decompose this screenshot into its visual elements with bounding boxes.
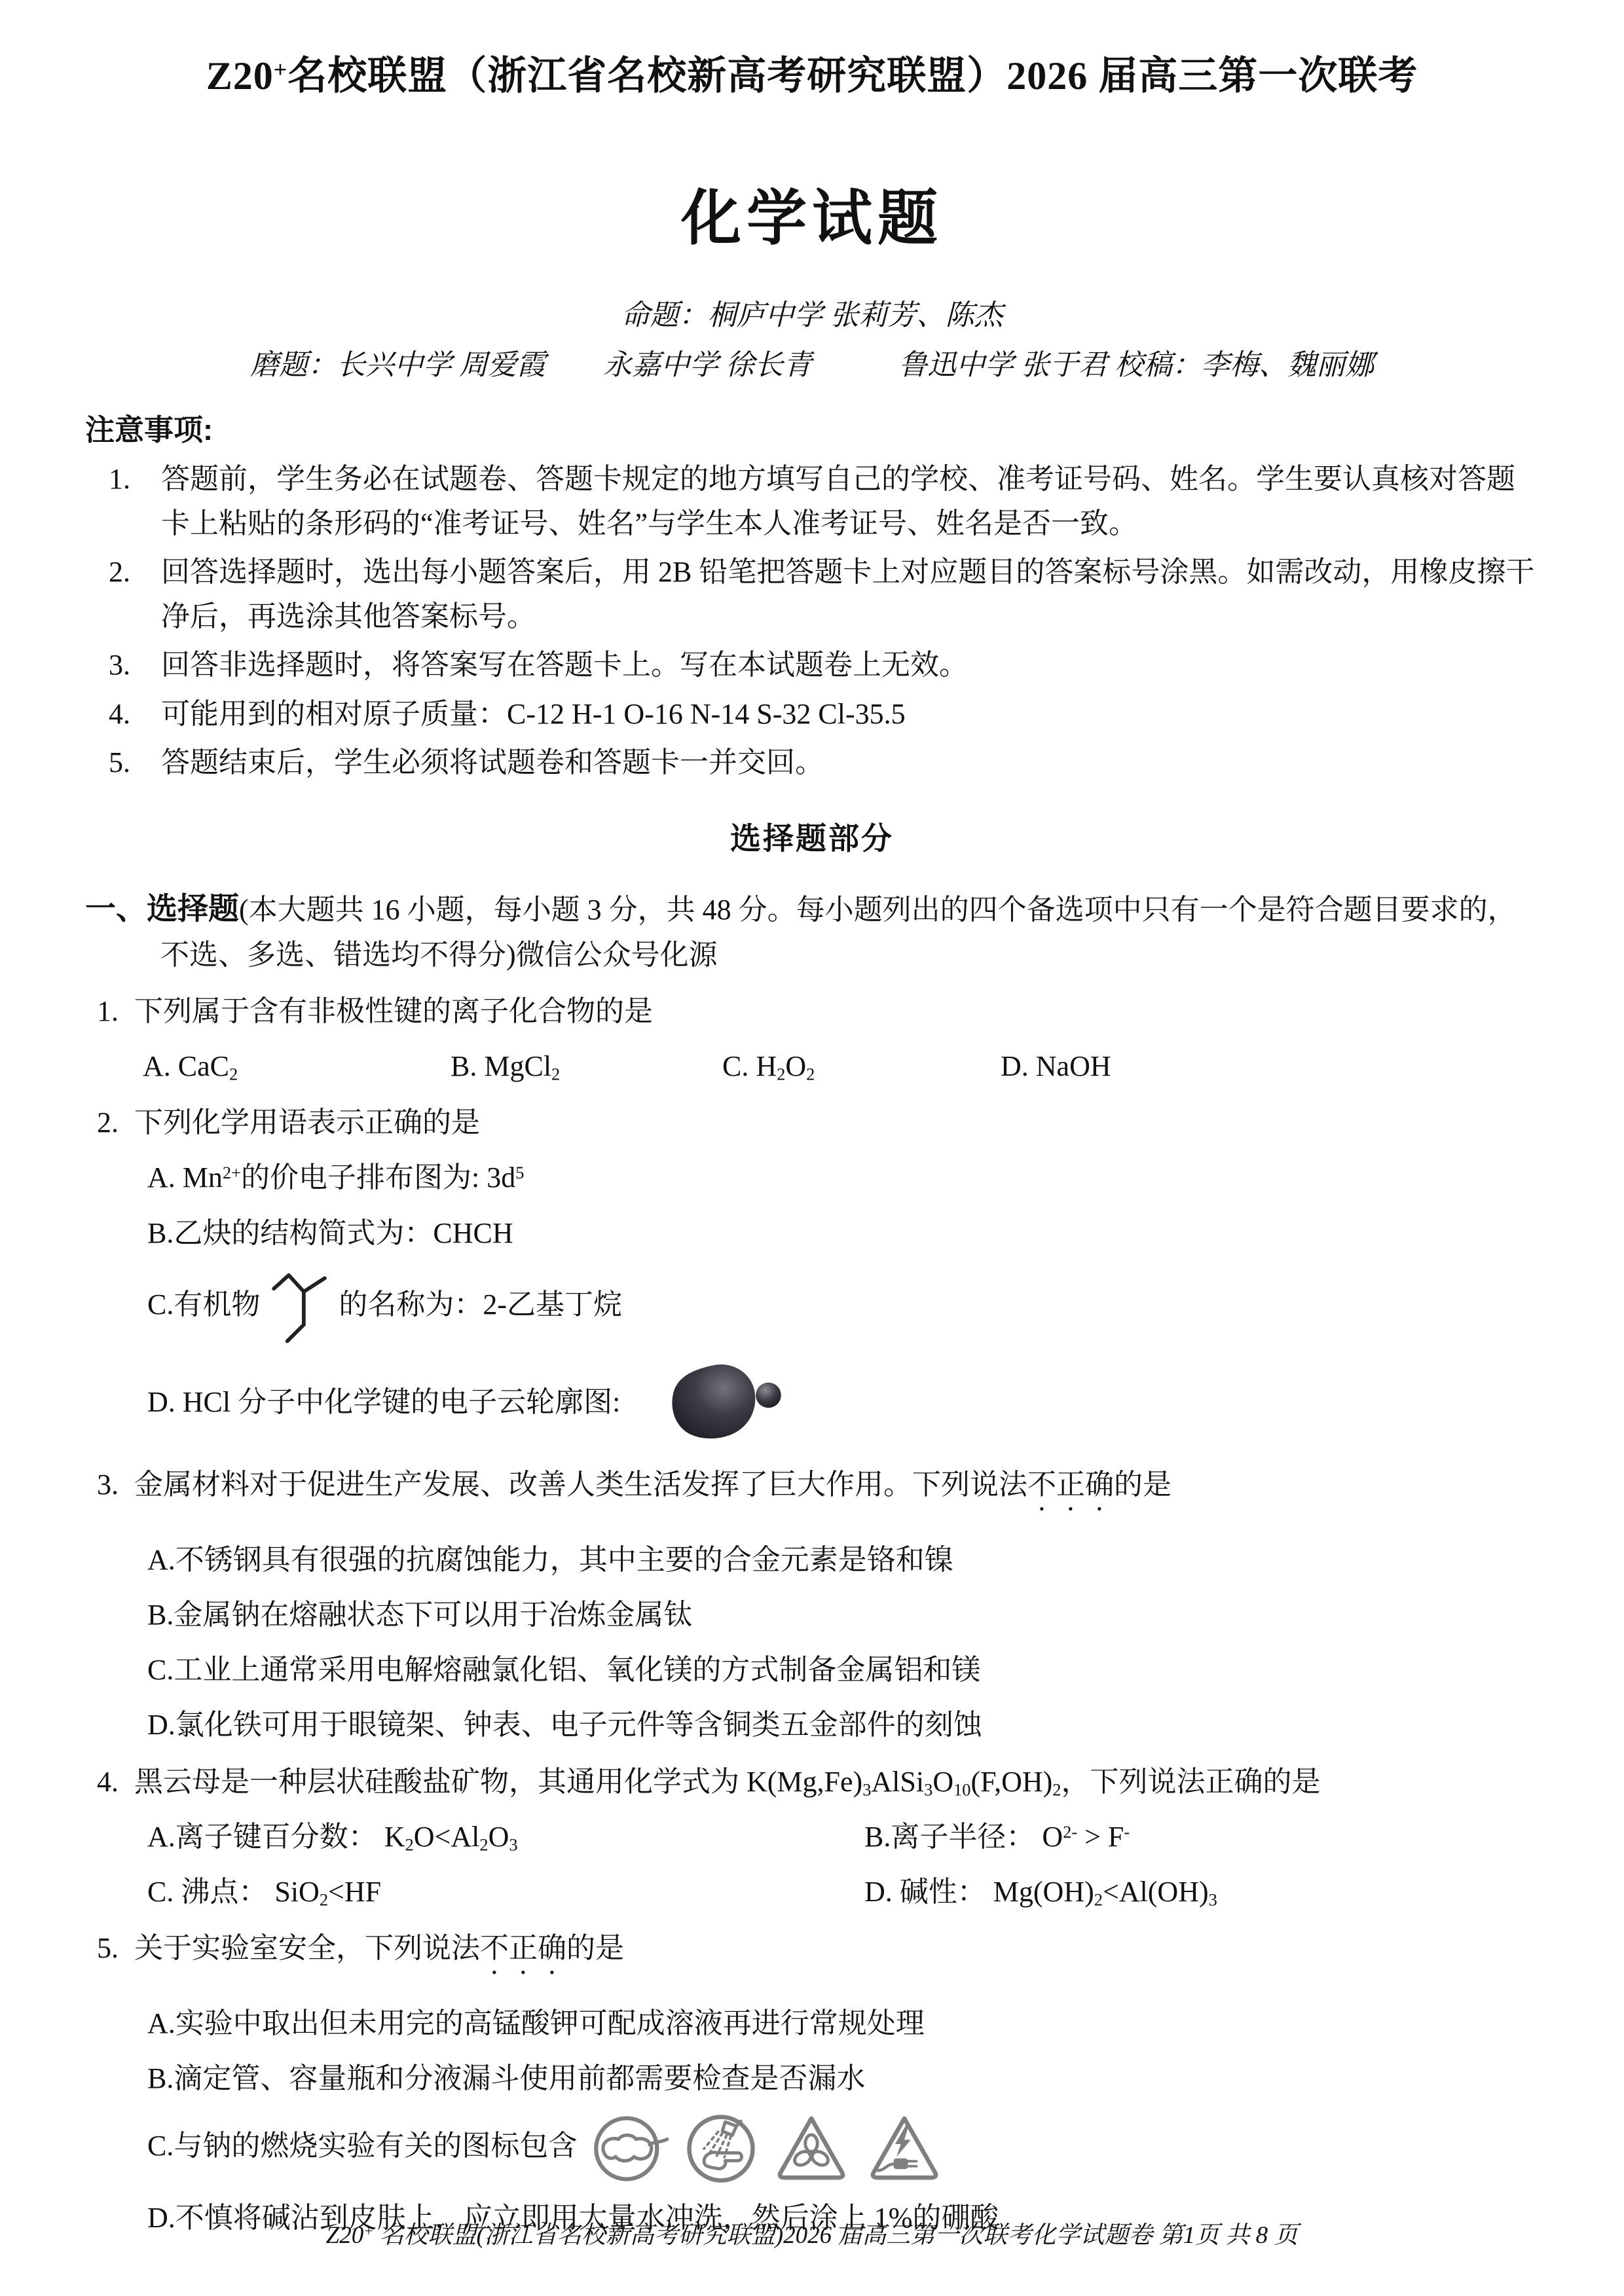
section-intro: 一、选择题(本大题共 16 小题，每小题 3 分，共 48 分。每小题列出的四个… (85, 885, 1539, 977)
question-number: 1. (97, 989, 119, 1034)
skeletal-formula-icon (269, 1266, 329, 1349)
option-a: A. CaC2 (143, 1044, 451, 1089)
question-number: 5. (97, 1926, 119, 1971)
option-a: A.实验中取出但未用完的高锰酸钾可配成溶液再进行常规处理 (85, 2001, 1539, 2046)
notice-item: 1. 答题前，学生务必在试题卷、答题卡规定的地方填写自己的学校、准考证号码、姓名… (85, 457, 1539, 546)
option-b: B.滴定管、容量瓶和分液漏斗使用前都需要检查是否漏水 (85, 2056, 1539, 2101)
question-4: 4. 黑云母是一种层状硅酸盐矿物，其通用化学式为 K(Mg,Fe)3AlSi3O… (85, 1760, 1539, 1915)
question-stem-text: 下列属于含有非极性键的离子化合物的是 (134, 995, 653, 1027)
notice-heading: 注意事项: (85, 407, 1539, 453)
notice-item: 2. 回答选择题时，选出每小题答案后，用 2B 铅笔把答题卡上对应题目的答案标号… (85, 550, 1539, 639)
question-3: 3. 金属材料对于促进生产发展、改善人类生活发挥了巨大作用。下列说法不正确的是 … (85, 1463, 1539, 1748)
question-stem-text: 金属材料对于促进生产发展、改善人类生活发挥了巨大作用。下列说法不正确的是 (134, 1468, 1172, 1501)
question-2-stem: 2. 下列化学用语表示正确的是 (85, 1101, 1539, 1145)
option-c: C. 沸点： SiO2<HF (147, 1870, 864, 1914)
question-1-stem: 1. 下列属于含有非极性键的离子化合物的是 (85, 989, 1539, 1034)
notice-item: 5. 答题结束后，学生必须将试题卷和答题卡一并交回。 (85, 740, 1539, 785)
option-a: A. Mn2+的价电子排布图为: 3d5 (85, 1156, 1539, 1200)
question-4-options: A.离子键百分数： K2O<Al2O3 B.离子半径： O2- > F- C. … (85, 1815, 1539, 1914)
notice-item: 4. 可能用到的相对原子质量：C-12 H-1 O-16 N-14 S-32 C… (85, 692, 1539, 737)
question-3-stem: 3. 金属材料对于促进生产发展、改善人类生活发挥了巨大作用。下列说法不正确的是 (85, 1463, 1539, 1517)
question-5-stem: 5. 关于实验室安全，下列说法不正确的是 (85, 1926, 1539, 1980)
option-c-prefix: C.有机物 (147, 1288, 260, 1321)
question-4-stem: 4. 黑云母是一种层状硅酸盐矿物，其通用化学式为 K(Mg,Fe)3AlSi3O… (85, 1760, 1539, 1804)
page-title: Z20+名校联盟（浙江省名校新高考研究联盟）2026 届高三第一次联考 (85, 46, 1539, 107)
section-intro-text: (本大题共 16 小题，每小题 3 分，共 48 分。每小题列出的四个备选项中只… (160, 894, 1517, 971)
option-c: C.有机物 的名称为：2-乙基丁烷 (85, 1266, 1539, 1349)
notice-number: 1. (109, 457, 130, 501)
option-c: C.与钠的燃烧实验有关的图标包含 (85, 2112, 1539, 2185)
exam-paper-page: Z20+名校联盟（浙江省名校新高考研究联盟）2026 届高三第一次联考 化学试题… (0, 0, 1624, 2296)
question-5: 5. 关于实验室安全，下列说法不正确的是 A.实验中取出但未用完的高锰酸钾可配成… (85, 1926, 1539, 2240)
notice-number: 3. (109, 643, 130, 687)
question-number: 2. (97, 1101, 119, 1145)
question-number: 3. (97, 1463, 119, 1507)
section-intro-title: 一、选择题 (85, 891, 239, 926)
question-stem-text: 黑云母是一种层状硅酸盐矿物，其通用化学式为 K(Mg,Fe)3AlSi3O10(… (134, 1766, 1321, 1798)
question-stem-text: 下列化学用语表示正确的是 (134, 1106, 480, 1139)
notice-item: 3. 回答非选择题时，将答案写在答题卡上。写在本试题卷上无效。 (85, 643, 1539, 687)
question-number: 4. (97, 1760, 119, 1804)
hand-washing-icon (684, 2112, 758, 2185)
notice-number: 5. (109, 740, 130, 785)
option-d: D. 碱性： Mg(OH)2<Al(OH)3 (864, 1870, 1539, 1914)
option-d: D. NaOH (1001, 1044, 1539, 1089)
reviewer-line: 磨题：长兴中学 周爱霞 永嘉中学 徐长青 鲁迅中学 张于君 校稿：李梅、魏丽娜 (85, 343, 1539, 388)
option-b: B. MgCl2 (451, 1044, 722, 1089)
notice-text: 答题结束后，学生必须将试题卷和答题卡一并交回。 (161, 746, 824, 778)
subject-title: 化学试题 (85, 172, 1539, 266)
option-b: B.乙炔的结构简式为：CHCH (85, 1211, 1539, 1256)
question-2: 2. 下列化学用语表示正确的是 A. Mn2+的价电子排布图为: 3d5 B.乙… (85, 1101, 1539, 1451)
option-a: A.不锈钢具有很强的抗腐蚀能力，其中主要的合金元素是铬和镍 (85, 1538, 1539, 1582)
electric-hazard-icon (865, 2113, 944, 2184)
notice-text: 回答非选择题时，将答案写在答题卡上。写在本试题卷上无效。 (161, 649, 968, 681)
notice-number: 2. (109, 550, 130, 594)
option-c-text: C.与钠的燃烧实验有关的图标包含 (147, 2130, 577, 2162)
page-footer: Z20+ 名校联盟(浙江省名校新高考研究联盟)2026 届高三第一次联考化学试题… (0, 2217, 1624, 2254)
question-stem-text: 关于实验室安全，下列说法不正确的是 (134, 1932, 624, 1964)
question-1: 1. 下列属于含有非极性键的离子化合物的是 A. CaC2 B. MgCl2 C… (85, 989, 1539, 1089)
eye-protection-icon (591, 2112, 670, 2185)
option-b: B.金属钠在熔融状态下可以用于冶炼金属钛 (85, 1593, 1539, 1637)
option-a: A.离子键百分数： K2O<Al2O3 (147, 1815, 864, 1859)
notice-number: 4. (109, 692, 130, 737)
question-1-options: A. CaC2 B. MgCl2 C. H2O2 D. NaOH (85, 1044, 1539, 1089)
option-c: C. H2O2 (722, 1044, 1001, 1089)
ventilation-icon (772, 2113, 851, 2184)
section-heading: 选择题部分 (85, 815, 1539, 863)
option-c: C.工业上通常采用电解熔融氯化铝、氧化镁的方式制备金属铝和镁 (85, 1648, 1539, 1692)
option-d: D.氯化铁可用于眼镜架、钟表、电子元件等含铜类五金部件的刻蚀 (85, 1703, 1539, 1747)
electron-cloud-image (656, 1359, 787, 1451)
notice-text: 答题前，学生务必在试题卷、答题卡规定的地方填写自己的学校、准考证号码、姓名。学生… (161, 463, 1515, 539)
notice-text: 可能用到的相对原子质量：C-12 H-1 O-16 N-14 S-32 Cl-3… (161, 698, 906, 730)
option-d-text: D. HCl 分子中化学键的电子云轮廓图: (147, 1386, 620, 1418)
option-c-suffix: 的名称为：2-乙基丁烷 (339, 1288, 622, 1321)
option-d: D. HCl 分子中化学键的电子云轮廓图: (85, 1359, 1539, 1451)
notice-text: 回答选择题时，选出每小题答案后，用 2B 铅笔把答题卡上对应题目的答案标号涂黑。… (161, 556, 1534, 632)
setter-line: 命题：桐庐中学 张莉芳、陈杰 (85, 293, 1539, 338)
option-b: B.离子半径： O2- > F- (864, 1815, 1539, 1859)
